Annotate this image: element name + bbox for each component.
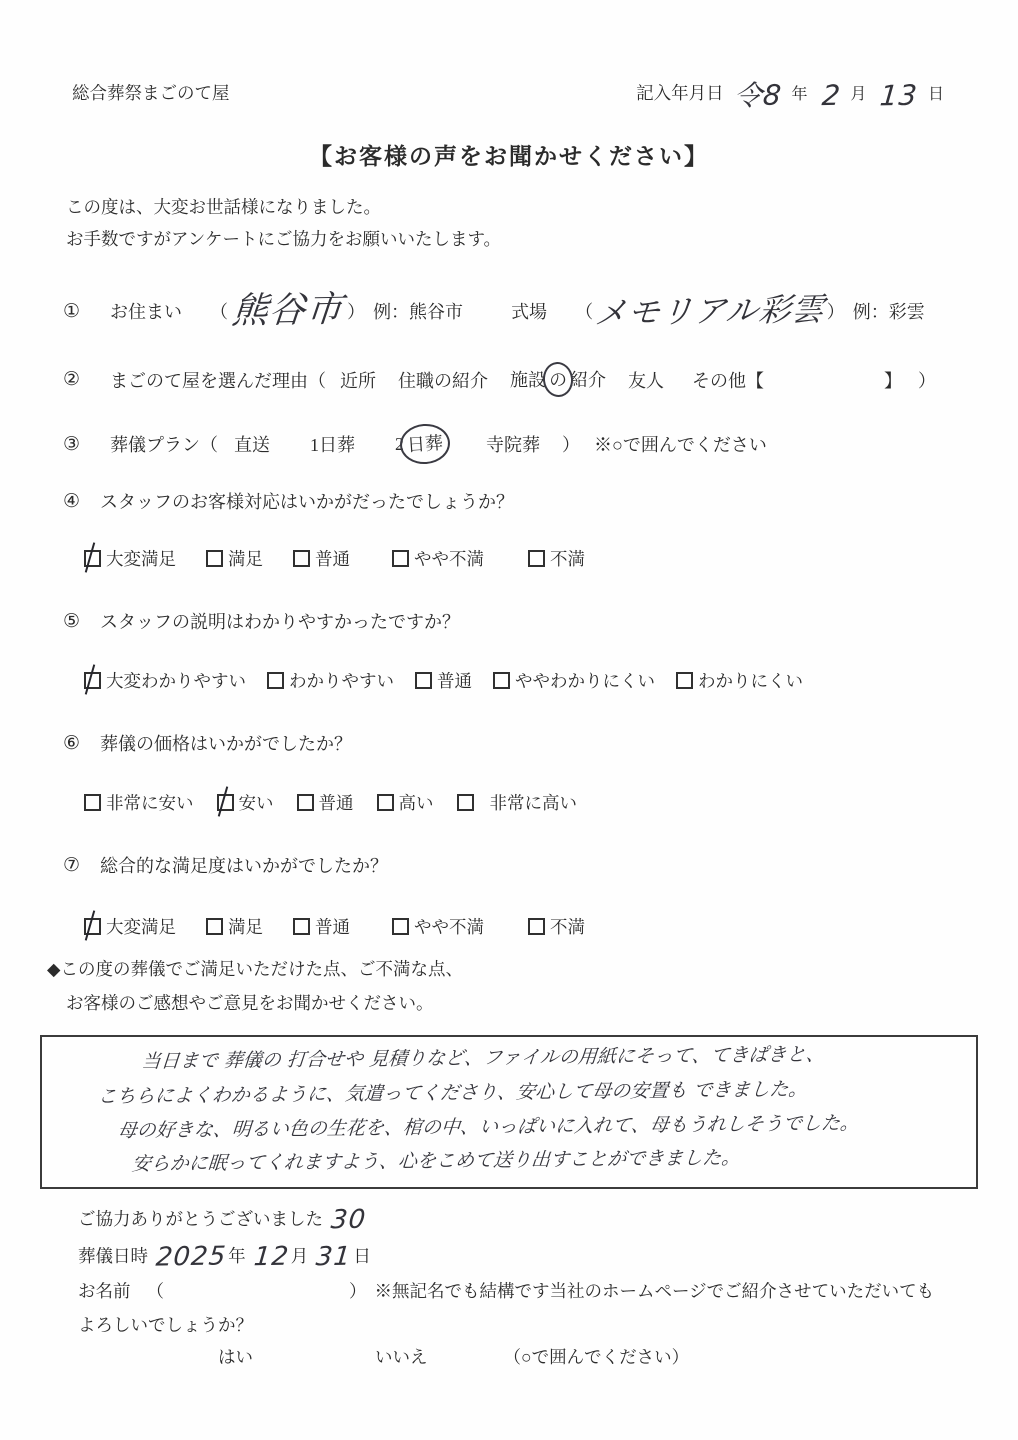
checkbox: [415, 672, 432, 689]
q4-options: 大変満足 満足 普通 やや不満 不満: [84, 546, 615, 571]
checkbox: [206, 918, 223, 935]
name-line: お名前 （ ） ※無記名でも結構です当社のホームページでご紹介させていただいても: [78, 1278, 934, 1303]
yes-option: はい: [218, 1344, 253, 1369]
q2-paren-close: ）: [918, 367, 936, 393]
checkbox: [457, 794, 474, 811]
no-option: いいえ: [375, 1344, 428, 1369]
intro-text-2: お手数ですがアンケートにご協力をお願いいたします。: [66, 226, 501, 251]
q2-bracket-close: 】: [884, 367, 902, 393]
intro-text-1: この度は、大変お世話様になりました。: [66, 194, 381, 219]
funeral-date-label: 葬儀日時: [78, 1243, 148, 1268]
q7-option-1: 大変満足: [84, 914, 176, 939]
permission-question-line: よろしいでしょうか？: [78, 1312, 253, 1337]
feedback-prompt-line-2: お客様のご感想やご意見をお聞かせください。: [66, 990, 434, 1015]
q3-option-temple: 寺院葬: [486, 431, 540, 457]
q1-paren-close: ）: [347, 298, 365, 324]
q2-handdrawn-circle: の: [541, 361, 574, 399]
q2-facility-pre: 施設: [510, 370, 546, 390]
q3-option-1day: 1日葬: [310, 431, 355, 457]
funeral-month-handwritten: 12: [253, 1244, 290, 1271]
q3-number: ③: [63, 433, 80, 456]
question-1-residence: ① お住まい （ 熊谷市 ） 例：熊谷市 式場 （ メモリアル彩雲 ） 例：彩雲: [63, 282, 925, 340]
q7-option-4: やや不満: [392, 914, 484, 939]
checkbox: [392, 550, 409, 567]
checkbox-label: 高い: [399, 790, 434, 815]
funeral-date-line: 葬儀日時 2025 年 12 月 31 日: [78, 1238, 371, 1272]
checkbox-label: 不満: [550, 546, 585, 571]
q1-venue-paren-open: （: [575, 298, 593, 324]
checkbox: [392, 918, 409, 935]
q5-option-1: 大変わかりやすい: [84, 668, 246, 693]
checkbox-label: 大変わかりやすい: [106, 668, 246, 693]
checkbox: [528, 550, 545, 567]
q1-venue-paren-close: ）: [827, 298, 845, 324]
header-row: 総合葬祭まごのて屋 記入年月日 令8 年 2 月 13 日: [72, 80, 948, 105]
q4-question: スタッフのお客様対応はいかがだったでしょうか？: [100, 488, 514, 514]
checkbox-label: やや不満: [414, 914, 484, 939]
q1-label: お住まい: [110, 298, 182, 324]
question-7-overall: ⑦ 総合的な満足度はいかがでしたか？: [63, 852, 388, 878]
checkbox-label: 非常に安い: [106, 790, 194, 815]
q2-label: まごのて屋を選んだ理由（: [110, 367, 326, 393]
q6-option-2: 安い: [217, 790, 274, 815]
fill-date: 記入年月日 令8 年 2 月 13 日: [636, 80, 948, 105]
checkbox-label: 安い: [239, 790, 274, 815]
q1-venue-label: 式場: [511, 298, 547, 324]
handwritten-comment-line-1: 当日まで 葬儀の 打合せや 見積りなど、ファイルの用紙にそって、てきぱきと、: [141, 1045, 825, 1071]
q5-option-5: わかりにくい: [676, 668, 803, 693]
checkbox-label: 非常に高い: [490, 790, 578, 815]
q2-number: ②: [63, 368, 80, 391]
checkbox: [84, 918, 101, 935]
fill-date-day-handwritten: 13: [879, 81, 919, 110]
checkbox: [528, 918, 545, 935]
checkbox-label: 普通: [315, 914, 350, 939]
funeral-month-unit: 月: [291, 1243, 309, 1268]
q2-facility-circled: の: [548, 369, 568, 391]
fill-date-month-handwritten: 2: [820, 81, 841, 109]
checkbox-label: わかりにくい: [698, 668, 803, 693]
q2-option-other: その他【: [692, 367, 764, 393]
q7-question: 総合的な満足度はいかがでしたか？: [100, 852, 388, 878]
company-name: 総合葬祭まごのて屋: [72, 80, 230, 105]
question-3-plan: ③ 葬儀プラン（ 直送 1日葬 2日葬 寺院葬 ） ※○で囲んでください: [63, 424, 767, 464]
feedback-prompt-text-1: ◆この度の葬儀でご満足いただけた点、ご不満な点、: [47, 956, 463, 981]
checkbox-label: 満足: [228, 546, 263, 571]
q7-options: 大変満足 満足 普通 やや不満 不満: [84, 914, 615, 939]
q4-option-2: 満足: [206, 546, 263, 571]
q7-option-2: 満足: [206, 914, 263, 939]
checkbox: [493, 672, 510, 689]
checkbox-label: 普通: [315, 546, 350, 571]
checkbox-label: 大変満足: [106, 914, 176, 939]
q3-handdrawn-circle: 日葬: [399, 422, 452, 465]
handwritten-comment-line-2: こちらによくわかるように、気遣ってくださり、安心して母の安置も できました。: [97, 1080, 808, 1106]
question-4-staff-service: ④ スタッフのお客様対応はいかがだったでしょうか？: [63, 488, 514, 514]
name-label: お名前: [78, 1278, 131, 1303]
q6-question: 葬儀の価格はいかがでしたか？: [100, 730, 352, 756]
checkbox-label: 満足: [228, 914, 263, 939]
q5-option-2: わかりやすい: [267, 668, 394, 693]
q6-option-5: 非常に高い: [457, 790, 578, 815]
month-unit: 月: [850, 81, 866, 104]
name-paren-open: （: [147, 1278, 165, 1303]
q7-option-5: 不満: [528, 914, 585, 939]
q6-option-1: 非常に安い: [84, 790, 194, 815]
year-unit: 年: [791, 81, 807, 104]
q4-option-1: 大変満足: [84, 546, 176, 571]
funeral-year-unit: 年: [228, 1243, 246, 1268]
q5-option-4: ややわかりにくい: [493, 668, 655, 693]
feedback-prompt-line-1: ◆この度の葬儀でご満足いただけた点、ご不満な点、: [47, 956, 463, 981]
checkbox: [297, 794, 314, 811]
page-title: 【お客様の声をお聞かせください】: [0, 138, 1018, 171]
q2-option-priest: 住職の紹介: [398, 367, 488, 393]
checkbox: [293, 550, 310, 567]
q4-option-4: やや不満: [392, 546, 484, 571]
q1-example-city: 例：熊谷市: [373, 298, 463, 324]
yes-no-line: はい いいえ （○で囲んでください）: [0, 1344, 689, 1369]
checkbox-label: 普通: [437, 668, 472, 693]
checkbox-label: 普通: [319, 790, 354, 815]
q3-label: 葬儀プラン（: [110, 431, 218, 457]
q2-option-facility: 施設の紹介: [510, 362, 606, 397]
fill-date-label: 記入年月日: [636, 80, 724, 105]
q1-paren-open: （: [210, 298, 228, 324]
question-2-reason: ② まごのて屋を選んだ理由（ 近所 住職の紹介 施設の紹介 友人 その他【 】 …: [63, 362, 936, 397]
q7-option-3: 普通: [293, 914, 350, 939]
q6-option-3: 普通: [297, 790, 354, 815]
checkbox: [217, 794, 234, 811]
checkbox-label: ややわかりにくい: [515, 668, 655, 693]
thanks-text: ご協力ありがとうございました: [78, 1206, 323, 1231]
checkbox-label: やや不満: [414, 546, 484, 571]
feedback-prompt-text-2: お客様のご感想やご意見をお聞かせください。: [66, 990, 434, 1015]
page-title-text: 【お客様の声をお聞かせください】: [309, 138, 709, 171]
q4-number: ④: [63, 490, 80, 513]
name-paren-close: ）: [349, 1278, 367, 1303]
thanks-line: ご協力ありがとうございました 30: [78, 1202, 368, 1234]
checkbox: [267, 672, 284, 689]
checkbox: [84, 550, 101, 567]
funeral-year-handwritten: 2025: [155, 1243, 228, 1270]
q6-options: 非常に安い 安い 普通 高い 非常に高い: [84, 790, 600, 815]
q1-venue-answer-handwritten: メモリアル彩雲: [593, 293, 826, 329]
checkbox-label: 大変満足: [106, 546, 176, 571]
intro-line-1: この度は、大変お世話様になりました。: [66, 194, 381, 219]
thanks-handwritten-number: 30: [330, 1207, 367, 1234]
feedback-comment-box: 当日まで 葬儀の 打合せや 見積りなど、ファイルの用紙にそって、てきぱきと、 こ…: [40, 1035, 978, 1189]
q3-option-2day: 2日葬: [395, 424, 446, 464]
q5-option-3: 普通: [415, 668, 472, 693]
handwritten-comment-line-3: 母の好きな、明るい色の生花を、棺の中、いっぱいに入れて、母もうれしそうでした。: [117, 1114, 860, 1141]
q5-number: ⑤: [63, 610, 80, 633]
q5-question: スタッフの説明はわかりやすかったですか？: [100, 608, 460, 634]
checkbox: [676, 672, 693, 689]
q7-number: ⑦: [63, 854, 80, 877]
q3-option-direct: 直送: [234, 431, 270, 457]
question-6-price: ⑥ 葬儀の価格はいかがでしたか？: [63, 730, 352, 756]
customer-survey-scan: 総合葬祭まごのて屋 記入年月日 令8 年 2 月 13 日 【お客様の声をお聞か…: [0, 0, 1018, 1440]
intro-line-2: お手数ですがアンケートにご協力をお願いいたします。: [66, 226, 501, 251]
q4-option-5: 不満: [528, 546, 585, 571]
question-5-explanation: ⑤ スタッフの説明はわかりやすかったですか？: [63, 608, 460, 634]
checkbox: [206, 550, 223, 567]
funeral-day-unit: 日: [353, 1243, 371, 1268]
permission-question-text: よろしいでしょうか？: [78, 1312, 253, 1337]
q3-2day-circled: 日葬: [406, 433, 443, 455]
checkbox-label: わかりやすい: [289, 668, 394, 693]
q2-option-neighborhood: 近所: [340, 367, 376, 393]
checkbox: [84, 672, 101, 689]
q2-facility-post: 紹介: [570, 370, 606, 390]
day-unit: 日: [928, 81, 944, 104]
anonymous-note: ※無記名でも結構です当社のホームページでご紹介させていただいても: [375, 1278, 935, 1303]
q6-number: ⑥: [63, 732, 80, 755]
q1-example-venue: 例：彩雲: [853, 298, 925, 324]
fill-date-era-handwritten: 令8: [732, 81, 782, 110]
q3-paren-close: ）: [562, 431, 580, 457]
funeral-day-handwritten: 31: [315, 1244, 352, 1271]
q5-options: 大変わかりやすい わかりやすい 普通 ややわかりにくい わかりにくい: [84, 668, 824, 693]
handwritten-comment-line-4: 安らかに眠ってくれますよう、心をこめて送り出すことができました。: [131, 1149, 741, 1174]
q4-option-3: 普通: [293, 546, 350, 571]
checkbox: [293, 918, 310, 935]
q6-option-4: 高い: [377, 790, 434, 815]
q1-city-answer-handwritten: 熊谷市: [230, 292, 344, 330]
checkbox: [377, 794, 394, 811]
q1-number: ①: [63, 300, 80, 323]
checkbox: [84, 794, 101, 811]
q2-option-friend: 友人: [628, 367, 664, 393]
q3-circle-instruction: ※○で囲んでください: [594, 431, 767, 457]
circle-instruction: （○で囲んでください）: [504, 1344, 690, 1369]
checkbox-label: 不満: [550, 914, 585, 939]
